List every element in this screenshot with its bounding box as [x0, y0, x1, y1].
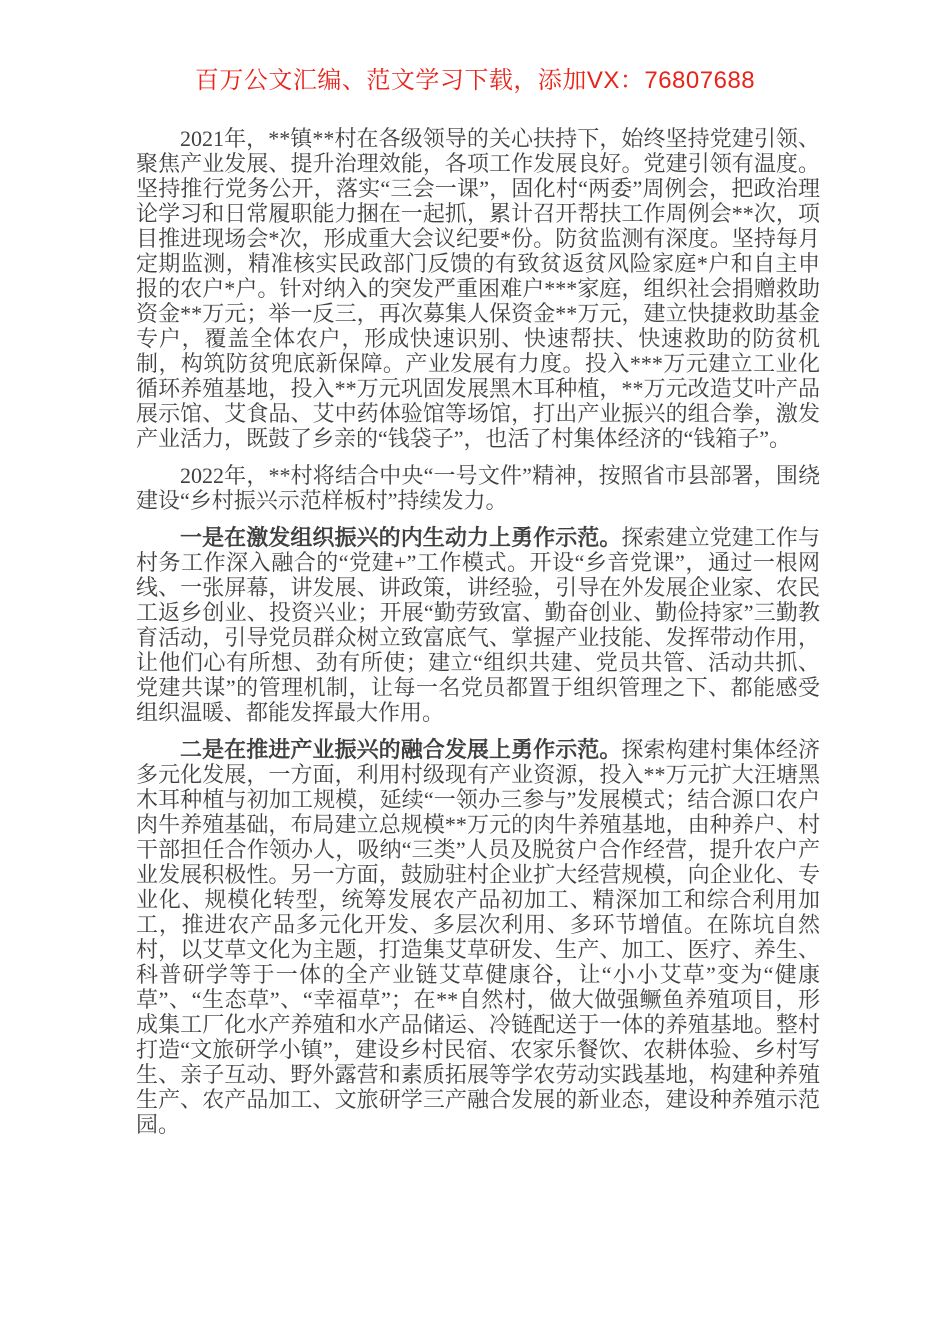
paragraph-text: 2022年，**村将结合中央“一号文件”精神，按照省市县部署，围绕建设“乡村振兴… [136, 463, 820, 513]
paragraph-lead-bold: 二是在推进产业振兴的融合发展上勇作示范。 [180, 737, 621, 762]
paragraph-lead-bold: 一是在激发组织振兴的内生动力上勇作示范。 [180, 525, 621, 550]
document-body: 2021年，**镇**村在各级领导的关心扶持下，始终坚持党建引领、聚焦产业发展、… [0, 96, 950, 1137]
paragraph: 2022年，**村将结合中央“一号文件”精神，按照省市县部署，围绕建设“乡村振兴… [136, 463, 820, 513]
paragraph-text: 2021年，**镇**村在各级领导的关心扶持下，始终坚持党建引领、聚焦产业发展、… [136, 126, 820, 451]
paragraph-text: 探索构建村集体经济多元化发展，一方面，利用村级现有产业资源，投入**万元扩大汪塘… [136, 737, 820, 1137]
paragraph-text: 探索建立党建工作与村务工作深入融合的“党建+”工作模式。开设“乡音党课”，通过一… [136, 525, 820, 725]
paragraph: 二是在推进产业振兴的融合发展上勇作示范。探索构建村集体经济多元化发展，一方面，利… [136, 737, 820, 1137]
paragraph: 2021年，**镇**村在各级领导的关心扶持下，始终坚持党建引领、聚焦产业发展、… [136, 126, 820, 451]
document-page: 百万公文汇编、范文学习下载，添加VX：76807688 2021年，**镇**村… [0, 0, 950, 1344]
paragraph: 一是在激发组织振兴的内生动力上勇作示范。探索建立党建工作与村务工作深入融合的“党… [136, 525, 820, 725]
promo-header-text: 百万公文汇编、范文学习下载，添加VX：76807688 [0, 0, 950, 96]
